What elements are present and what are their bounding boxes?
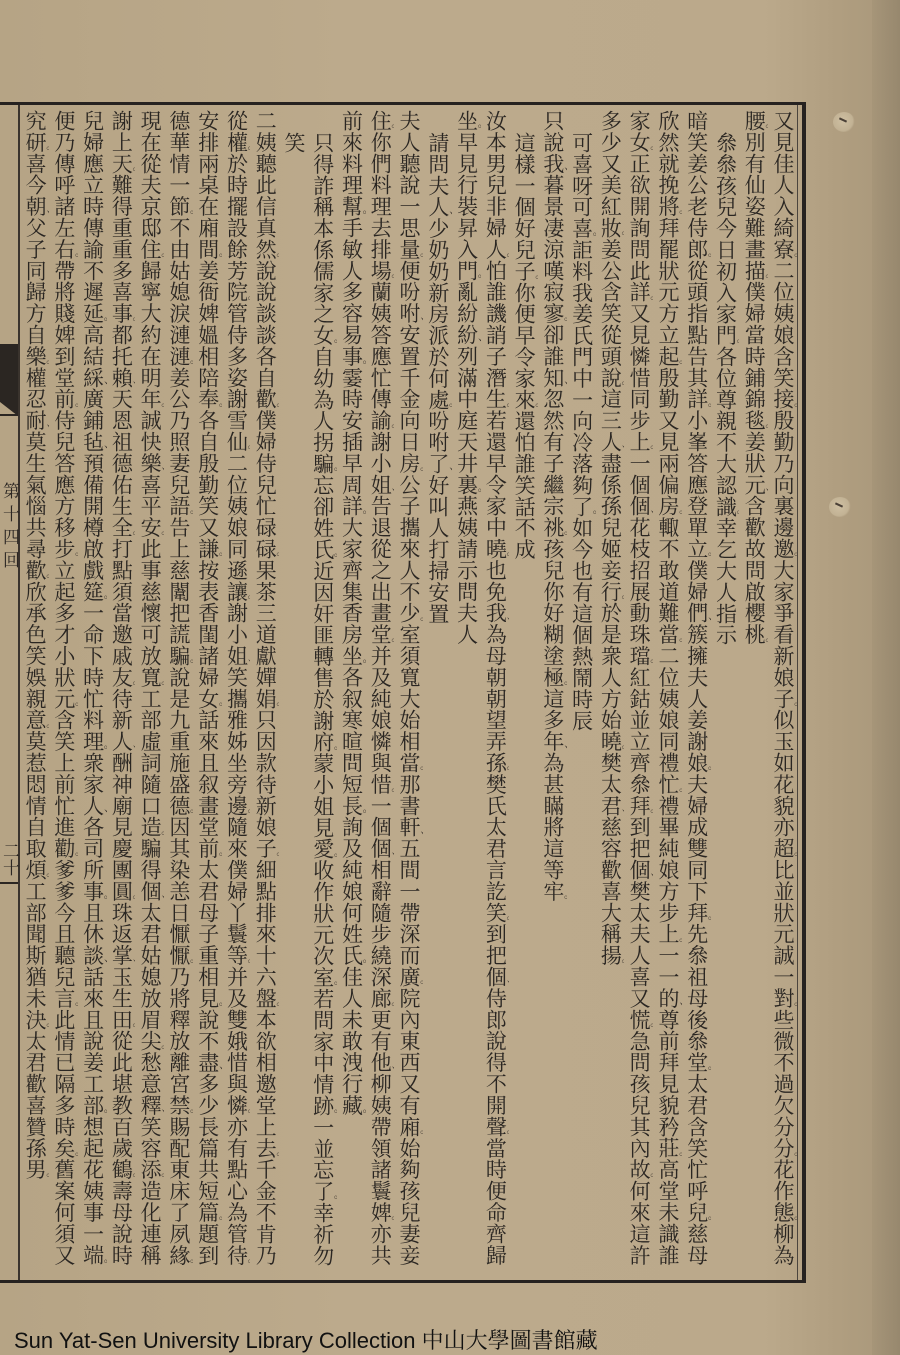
page-number: 二十 bbox=[0, 842, 18, 876]
margin-rule bbox=[0, 414, 18, 416]
fishtail-mark-icon bbox=[0, 344, 18, 402]
margin-rule bbox=[0, 882, 18, 884]
frame-top-border bbox=[0, 102, 806, 105]
text-column: 又見佳人入綺寮。二位姨娘含笑接。殷勤乃向裏邊邀。大家爭看新娘子。似玉如花貌亦超。… bbox=[768, 108, 797, 1278]
frame-bottom-border bbox=[0, 1280, 806, 1283]
binding-hole-icon bbox=[833, 112, 855, 132]
text-column: 二姨聽此信真然。說說談談各自歡。僕婦侍兒忙碌碌。果茶三道獻嬋娟。只因款待新娘子。… bbox=[250, 108, 279, 1278]
text-column: 住。你們料理去排場。蘭姨答應忙傳諭。謝小姐、告退從之出畫堂。并及純娘憐與惜。一個… bbox=[366, 108, 395, 1278]
text-column: 夫人聽說一思量。便吩咐、安置千金向日房。公子攜來人不少。室須寬大始相當。那書軒、… bbox=[394, 108, 423, 1278]
text-column: 只說我、暮景凄涼嘆寂寥。卻誰知、忽然有子繼宗祧。孩兒你好糊塗極。這多年、為甚瞞將… bbox=[538, 108, 567, 1278]
text-column: 坐。早見行裝昇入門。亂紛紛、列滿中庭天井裏。燕姨請示問夫人 bbox=[452, 108, 481, 1278]
text-column: 前來料理幫。手敏人多容易事。霎時安插早周詳。大家齊集香房坐。各叙寒暄問短長。詢及… bbox=[337, 108, 366, 1278]
text-column: 汝本男兒非婦人。怕誰譏誚子潛生。若還早令家中曉。也免我、為母朝朝望弄孫。樊氏太君… bbox=[481, 108, 510, 1278]
text-column: 可喜呀可喜。詎料我姜氏門中一向冷落夠了。如今也有這個熱鬧時辰 bbox=[567, 108, 596, 1278]
text-column: 德華情一節。不由姑媳淚漣漣。姜公乃照妻兒語。告上慈闈把謊騙。說是九重施盛德。因其… bbox=[164, 108, 193, 1278]
text-column: 笑 bbox=[279, 108, 308, 1278]
text-column: 只得詐稱本係儒家之女。自幼為人拐騙。忘卻姓氏。近因奸匪轉售於謝府。蒙小姐見愛。收… bbox=[308, 108, 337, 1278]
text-column: 兒婦應立時傳諭不遲延。高結綵、廣鋪毡、預備開樽啟戲筵。一命下時忙料理。衆家人、各… bbox=[78, 108, 107, 1278]
text-column: 這樣一個好兒子。你便早令家來。還怕誰笑話不成 bbox=[509, 108, 538, 1278]
text-column: 現在從夫京邸住。歸寧大約在明年。誠快樂、喜平安。此事慈懷可放寬。工部虛詞隨口造。… bbox=[135, 108, 164, 1278]
frame-right-border bbox=[802, 102, 806, 1283]
text-column: 家女。正欲開詢問此詳。又見憐惜同步上。一個個、花枝招展動珠璫。紅鈷並立齊叅拜。到… bbox=[624, 108, 653, 1278]
frame-right-inner-rule bbox=[797, 105, 798, 1280]
text-column: 暗笑姜公老侍郎。從頭指點告其詳。小峯答應登單立。僕婦們、簇擁夫人姜謝娘。夫婦成雙… bbox=[682, 108, 711, 1278]
collection-caption: Sun Yat-Sen University Library Collectio… bbox=[14, 1324, 598, 1355]
text-column: 腰。別有仙姿難畫描。僕婦當時鋪錦毯。姜狀元、含歡故問啟櫻桃。 bbox=[739, 108, 768, 1278]
text-column: 從權。於時擺設餘芳院。管侍多姿謝雪仙。二位姨娘同遜讓。謝小姐、笑攜雅姊坐旁邊。隨… bbox=[222, 108, 251, 1278]
page-edge-shadow bbox=[872, 0, 900, 1355]
text-block: 又見佳人入綺寮。二位姨娘含笑接。殷勤乃向裏邊邀。大家爭看新娘子。似玉如花貌亦超。… bbox=[20, 108, 797, 1278]
text-column: 叅叅孩兒今日初入家門。各位尊親不大認識。幸乞大人指示 bbox=[711, 108, 740, 1278]
text-column: 請問夫人、少奶奶新房派於何處。吩咐了、好叫人打掃安置 bbox=[423, 108, 452, 1278]
text-column: 究研。喜今朝、父子同歸方自樂。權忍耐、莫生氣惱共尋歡。欣承色笑娛親意。莫惹悶情自… bbox=[20, 108, 49, 1278]
book-page-scan: 又見佳人入綺寮。二位姨娘含笑接。殷勤乃向裏邊邀。大家爭看新娘子。似玉如花貌亦超。… bbox=[0, 0, 900, 1355]
text-column: 便乃傳呼諸左右。帶將賤婢到堂前。侍兒答應方移步。立起多才小狀元。含笑上前忙進勸。… bbox=[49, 108, 78, 1278]
chapter-label: 第十四回 bbox=[0, 482, 18, 574]
text-column: 多少又美紅妝。姜公含笑從頭說。這三人、盡係孫兒姬妾行。於是衆人方始曉。樊太君、慈… bbox=[596, 108, 625, 1278]
text-column: 欣然就挽將。拜罷狀元方立起。殷勤又見兩偏房。輙不敢道難當。二位姨娘同禮忙。禮畢純… bbox=[653, 108, 682, 1278]
text-column: 安排兩桌在廂間。姜衙婢媼相陪奉。各自殷勤笑又謙。按表香閨諸婦女。話來且叙畫堂前。… bbox=[193, 108, 222, 1278]
binding-hole-icon bbox=[829, 497, 851, 517]
text-column: 謝上天。難得重重多喜事。都托賴、天恩祖德佑生全。打點須當邀戚友。待新人、酬神廟見… bbox=[107, 108, 136, 1278]
